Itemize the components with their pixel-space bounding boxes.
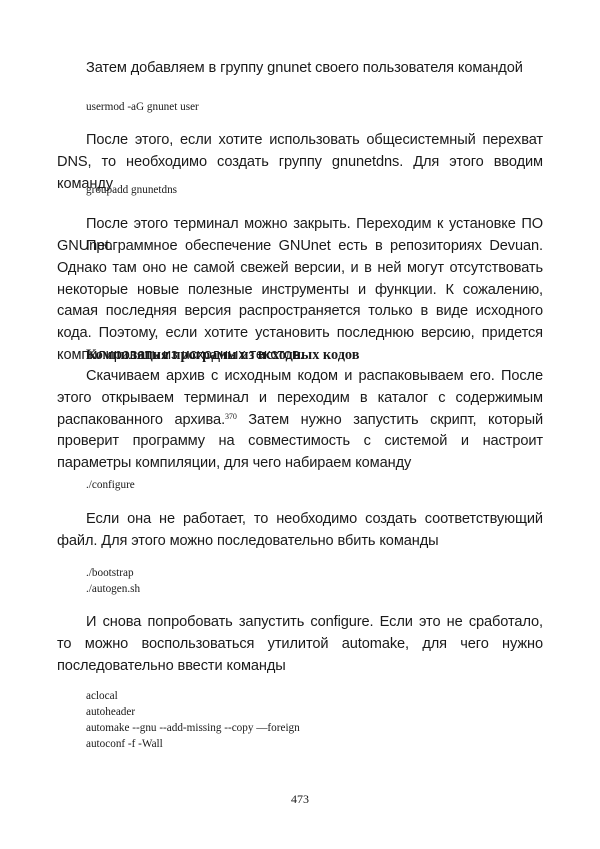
command-groupadd: groupadd gnunetdns (57, 182, 572, 198)
command-autoconf: autoconf -f -Wall (57, 736, 543, 752)
paragraph-if-not-works: Если она не работает, то необходимо созд… (57, 509, 543, 553)
command-bootstrap: ./bootstrap (57, 565, 543, 581)
paragraph-add-user-to-group: Затем добавляем в группу gnunet своего п… (57, 58, 543, 80)
section-heading-compilation: Компиляция программ из исходных кодов (57, 345, 572, 367)
command-usermod: usermod -aG gnunet user (57, 99, 572, 115)
command-block-automake: aclocal autoheader automake --gnu --add-… (57, 688, 543, 752)
page-number: 473 (0, 792, 600, 807)
footnote-reference[interactable]: 370 (225, 412, 237, 421)
paragraph-download-archive: Скачиваем архив с исходным кодом и распа… (57, 366, 543, 475)
command-aclocal: aclocal (57, 688, 543, 704)
command-autogen: ./autogen.sh (57, 581, 543, 597)
command-block-bootstrap: ./bootstrap ./autogen.sh (57, 565, 543, 597)
command-autoheader: autoheader (57, 704, 543, 720)
paragraph-try-configure-again: И снова попробовать запустить configure.… (57, 612, 543, 677)
command-automake: automake --gnu --add-missing --copy —for… (57, 720, 543, 736)
command-configure: ./configure (57, 477, 572, 493)
